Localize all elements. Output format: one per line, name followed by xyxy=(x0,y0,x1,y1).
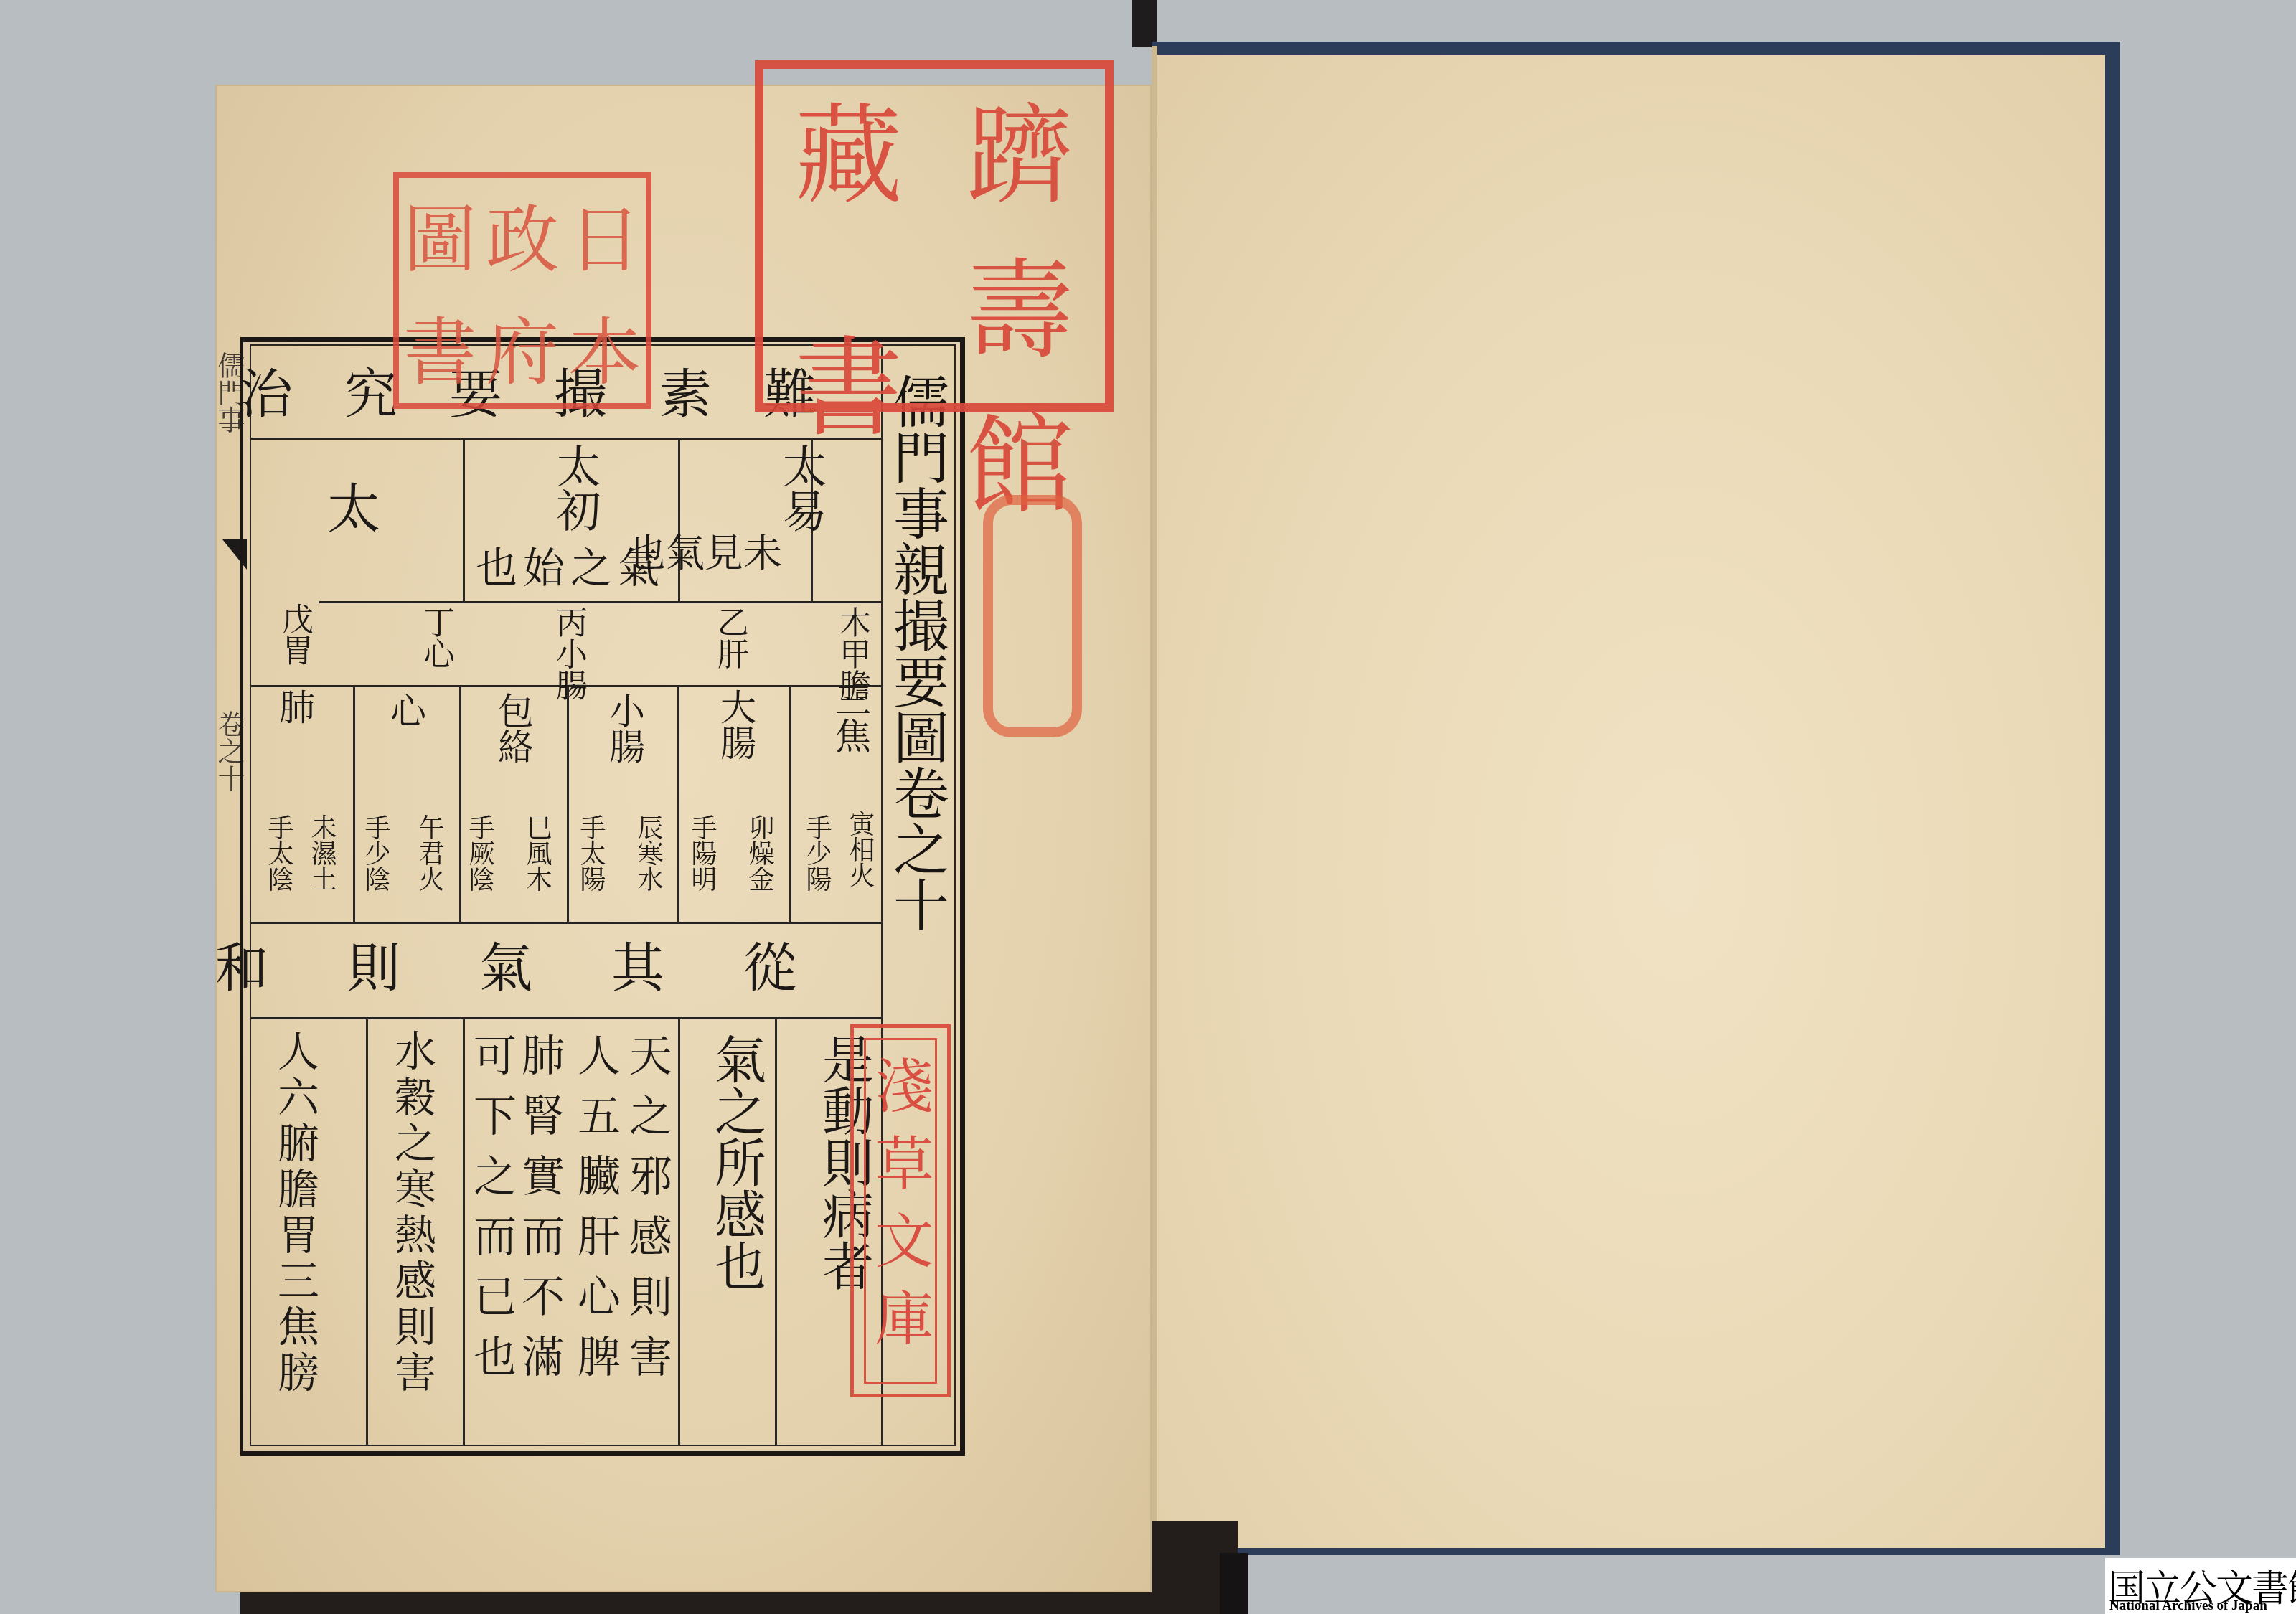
cell-stem-wu: 戊胃 xyxy=(278,603,310,666)
cell-taichu-note: 氣之始也 xyxy=(466,534,674,595)
row3-div-4 xyxy=(459,686,461,923)
row4-line xyxy=(251,1017,881,1019)
collector-seal-large: 躋 壽 館 藏 書 xyxy=(755,60,1114,412)
cell-branch-yin: 寅相火 xyxy=(847,811,872,888)
cell-branch-si: 巳風木 xyxy=(524,814,550,892)
cell-organ-baoluo: 包絡 xyxy=(495,692,531,764)
column-text-7: 水穀之寒熱感則害 xyxy=(391,1029,433,1397)
cell-channel-shaoyang: 手少陽 xyxy=(804,814,829,892)
row3-div-3 xyxy=(567,686,569,923)
cell-organ-xin: 心 xyxy=(387,692,423,728)
column-text-2: 氣之所感也 xyxy=(710,1033,762,1291)
row3-div-2 xyxy=(677,686,679,923)
cell-branch-wu: 午君火 xyxy=(416,814,442,892)
bottom-div-4 xyxy=(366,1019,368,1446)
cell-channel-taiyin: 手太陰 xyxy=(265,814,291,892)
cell-organ-xiaochang: 小腸 xyxy=(606,692,642,764)
government-library-seal: 日 本 政 府 圖 書 xyxy=(393,172,651,409)
bottom-div-3 xyxy=(463,1019,465,1446)
cell-stem-yi: 乙肝 xyxy=(714,606,745,669)
cell-tai-label: 太 xyxy=(323,481,376,534)
asakusa-bunko-seal: 淺草文庫 xyxy=(850,1024,951,1397)
row3-div-5 xyxy=(353,686,355,923)
seal-char: 本 xyxy=(563,291,646,403)
seal-char: 日 xyxy=(563,178,646,291)
column-text-5: 肺腎實而不滿 xyxy=(518,1033,561,1394)
seal-char: 圖 xyxy=(399,178,481,291)
row1-divider-b xyxy=(678,439,680,603)
cell-channel-shaoyin: 手少陰 xyxy=(362,814,388,892)
seal-char: 府 xyxy=(481,291,564,403)
cell-branch-chen: 辰寒水 xyxy=(635,814,661,892)
cell-organ-sanjiao: 三焦 xyxy=(832,681,868,753)
cell-organ-fei: 肺 xyxy=(276,689,312,725)
seal-char: 書 xyxy=(399,291,481,403)
margin-title: 儒門事 xyxy=(215,351,243,433)
column-text-4: 人五臟肝心脾 xyxy=(574,1033,617,1394)
row3-line xyxy=(251,922,881,924)
cell-channel-yangming: 手陽明 xyxy=(689,814,715,892)
seal-char: 藏 xyxy=(763,69,934,224)
seal-char: 躋 xyxy=(934,69,1105,224)
cell-branch-mao: 卯燥金 xyxy=(746,814,772,892)
column-text-6: 可下之而已也 xyxy=(470,1033,513,1394)
oval-seal xyxy=(983,495,1082,737)
row1-line xyxy=(319,601,881,603)
cell-stem-ding: 丁心 xyxy=(420,606,451,669)
cell-taichu-label: 太初 xyxy=(552,443,597,532)
asakusa-seal-text: 淺草文庫 xyxy=(870,1055,928,1365)
right-page-fold xyxy=(1152,46,1157,1548)
margin-volume: 卷之十 xyxy=(215,710,243,792)
archive-watermark: 国立公文書館 National Archives of Japan xyxy=(2105,1558,2296,1614)
column-text-8: 人六腑膽胃三焦膀 xyxy=(274,1029,316,1397)
watermark-english: National Archives of Japan xyxy=(2109,1598,2267,1614)
phrase-row: 從其氣則和 xyxy=(265,933,875,1004)
seal-char: 政 xyxy=(481,178,564,291)
book-spine-top xyxy=(1132,0,1157,47)
bottom-div-1 xyxy=(775,1019,777,1446)
seal-char: 壽 xyxy=(934,224,1105,379)
book-block-shadow xyxy=(1220,1553,1248,1614)
column-text-3: 天之邪感則害 xyxy=(626,1033,669,1394)
row1-divider-a xyxy=(463,439,465,603)
cell-branch-wei: 未濕土 xyxy=(309,814,334,892)
row3-div-1 xyxy=(789,686,791,923)
cell-organ-dachang: 大腸 xyxy=(717,689,753,760)
seal-char: 書 xyxy=(763,224,934,534)
cell-channel-taiyang: 手太陽 xyxy=(578,814,603,892)
bottom-div-2 xyxy=(678,1019,680,1446)
cell-channel-jueyin: 手厥陰 xyxy=(466,814,492,892)
right-endpaper xyxy=(1157,55,2105,1548)
